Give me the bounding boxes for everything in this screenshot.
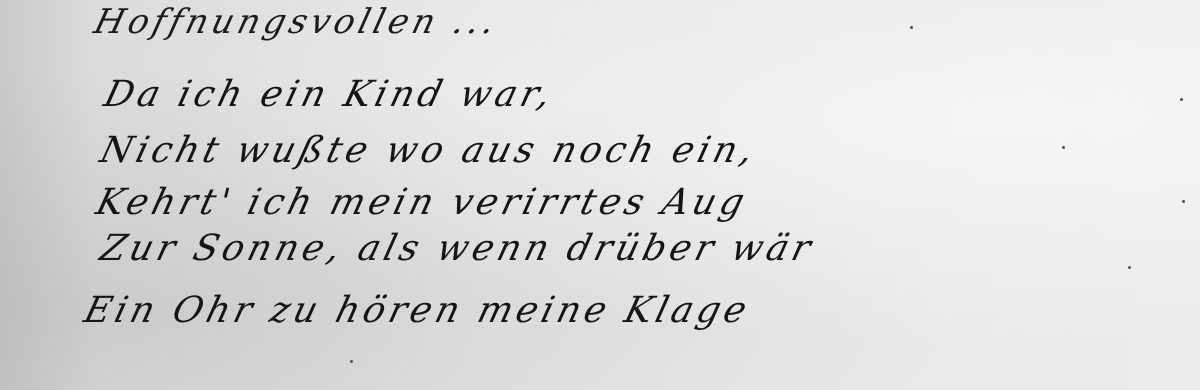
paper-speck xyxy=(1180,98,1183,101)
paper-speck xyxy=(350,360,353,363)
paper-speck xyxy=(1182,200,1185,203)
manuscript-line: Kehrt' ich mein verirrtes Aug xyxy=(92,182,752,223)
paper-speck xyxy=(910,26,913,29)
manuscript-line: Zur Sonne, als wenn drüber wär xyxy=(96,228,819,269)
paper-speck xyxy=(1062,146,1065,149)
manuscript-page: Hoffnungsvollen ... Da ich ein Kind war,… xyxy=(0,0,1200,390)
manuscript-line: Nicht wußte wo aus noch ein, xyxy=(96,130,761,171)
manuscript-line: Ein Ohr zu hören meine Klage xyxy=(80,290,755,331)
manuscript-line: Da ich ein Kind war, xyxy=(100,74,559,115)
manuscript-line-fragment: Hoffnungsvollen ... xyxy=(90,2,503,42)
paper-speck xyxy=(1128,266,1131,269)
